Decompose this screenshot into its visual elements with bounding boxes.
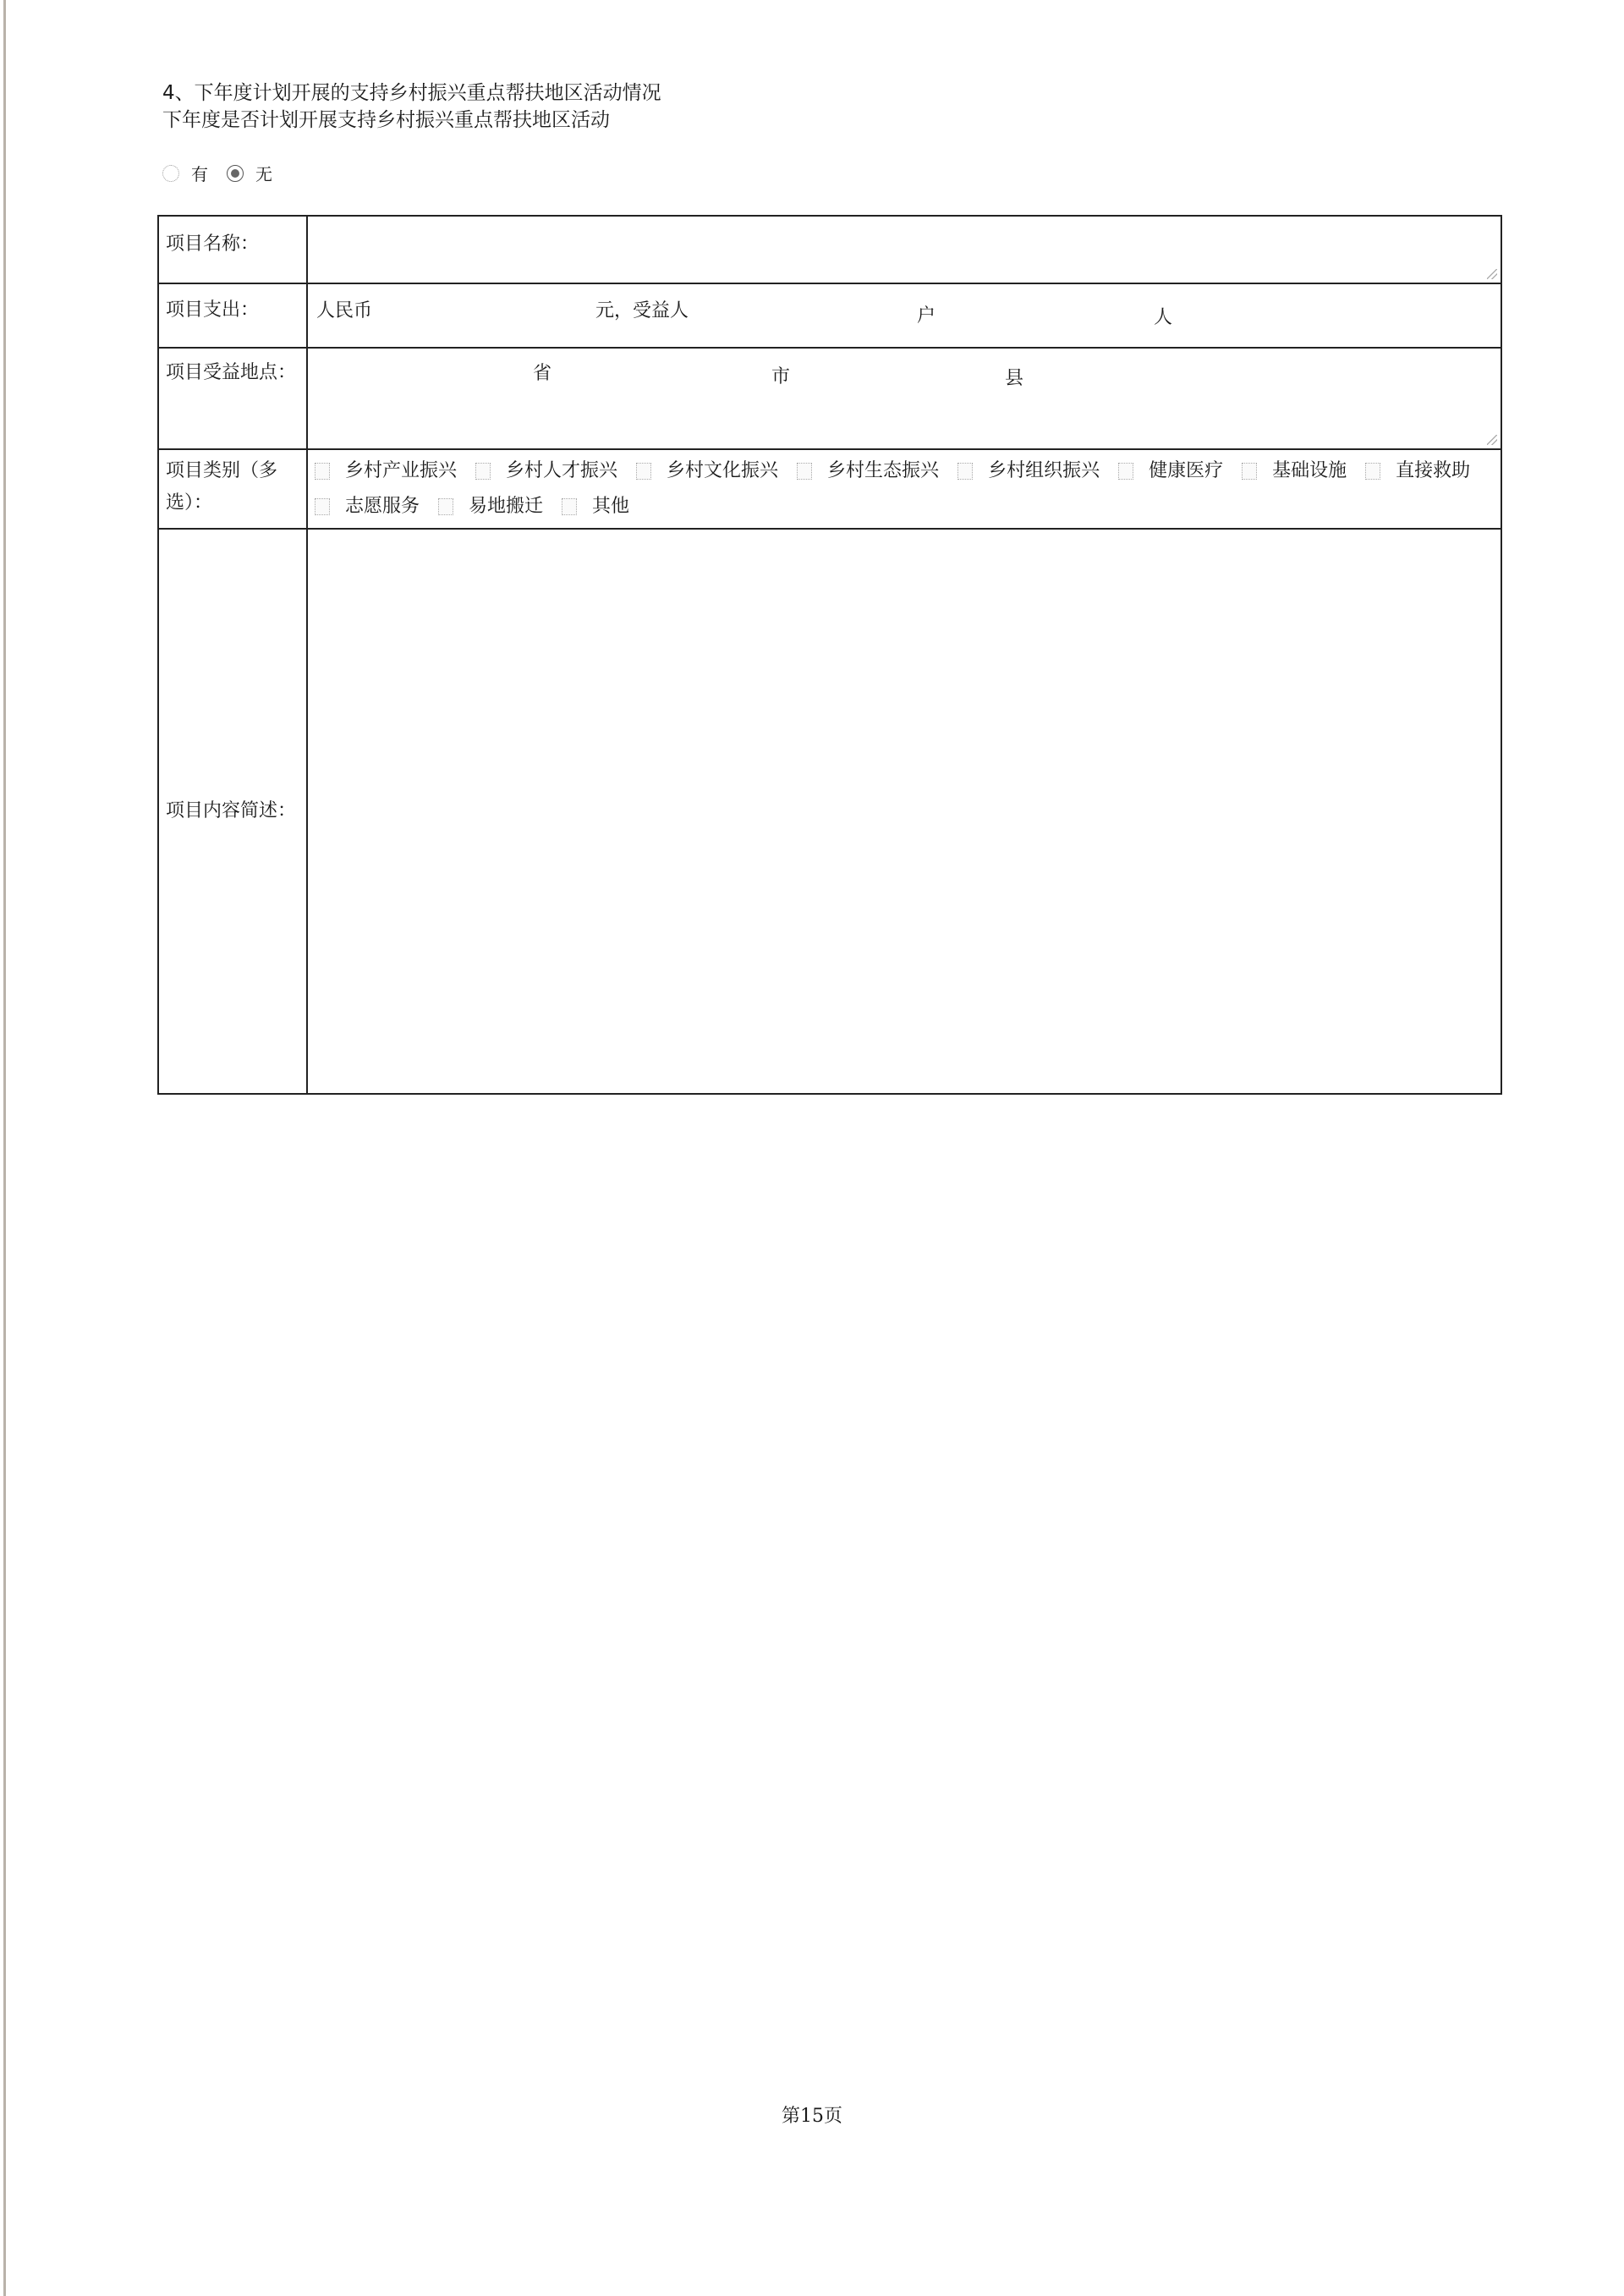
category-option-label: 乡村人才振兴 bbox=[506, 455, 617, 487]
category-option-label: 易地搬迁 bbox=[469, 491, 543, 523]
project-expense-field: 人民币 元，受益人 户 人 bbox=[307, 283, 1501, 348]
scan-page-edge bbox=[3, 0, 6, 2296]
category-option[interactable]: 乡村产业振兴 bbox=[315, 455, 457, 487]
category-option-label: 其他 bbox=[592, 491, 629, 523]
project-expense-label: 项目支出： bbox=[158, 283, 307, 348]
checkbox-icon[interactable] bbox=[636, 463, 651, 480]
category-option-label: 志愿服务 bbox=[345, 491, 420, 523]
category-option-label: 乡村组织振兴 bbox=[988, 455, 1100, 487]
city-label: 市 bbox=[771, 362, 790, 388]
households-unit-label: 户 bbox=[917, 301, 935, 327]
checkbox-icon[interactable] bbox=[475, 463, 491, 480]
category-option[interactable]: 基础设施 bbox=[1242, 455, 1347, 487]
project-location-label: 项目受益地点： bbox=[158, 348, 307, 449]
project-category-field: 乡村产业振兴乡村人才振兴乡村文化振兴乡村生态振兴乡村组织振兴健康医疗基础设施直接… bbox=[307, 449, 1501, 529]
row-project-description: 项目内容简述： bbox=[158, 529, 1501, 1094]
row-project-expense: 项目支出： 人民币 元，受益人 户 人 bbox=[158, 283, 1501, 348]
category-option-label: 乡村文化振兴 bbox=[667, 455, 778, 487]
project-name-input[interactable] bbox=[307, 216, 1501, 283]
category-option-label: 基础设施 bbox=[1272, 455, 1347, 487]
section-heading: 4、下年度计划开展的支持乡村振兴重点帮扶地区活动情况 下年度是否计划开展支持乡村… bbox=[162, 80, 661, 134]
row-project-location: 项目受益地点： 省 市 县 bbox=[158, 348, 1501, 449]
resize-handle-icon[interactable] bbox=[1487, 269, 1497, 279]
checkbox-icon[interactable] bbox=[315, 498, 330, 515]
checkbox-icon[interactable] bbox=[438, 498, 453, 515]
page-number: 第15页 bbox=[0, 2101, 1624, 2128]
currency-label: 人民币 bbox=[316, 296, 372, 322]
checkbox-icon[interactable] bbox=[1118, 463, 1133, 480]
project-form-table: 项目名称： 项目支出： 人民币 元，受益人 户 人 项目受益地点： 省 市 县 … bbox=[157, 215, 1502, 1095]
project-name-label: 项目名称： bbox=[158, 216, 307, 283]
category-option[interactable]: 乡村文化振兴 bbox=[636, 455, 778, 487]
radio-no-label: 无 bbox=[255, 161, 272, 185]
category-option[interactable]: 乡村组织振兴 bbox=[957, 455, 1100, 487]
people-input[interactable] bbox=[951, 296, 1137, 321]
category-option-label: 健康医疗 bbox=[1149, 455, 1223, 487]
checkbox-icon[interactable] bbox=[797, 463, 812, 480]
row-project-category: 项目类别（多选）： 乡村产业振兴乡村人才振兴乡村文化振兴乡村生态振兴乡村组织振兴… bbox=[158, 449, 1501, 529]
category-option-label: 乡村生态振兴 bbox=[827, 455, 939, 487]
yuan-beneficiary-label: 元，受益人 bbox=[595, 296, 689, 322]
people-unit-label: 人 bbox=[1154, 303, 1172, 329]
households-input[interactable] bbox=[722, 296, 866, 321]
category-option[interactable]: 易地搬迁 bbox=[438, 491, 543, 523]
category-option-label: 乡村产业振兴 bbox=[345, 455, 457, 487]
plan-radio-group: 有 无 bbox=[162, 161, 291, 185]
section-question: 下年度是否计划开展支持乡村振兴重点帮扶地区活动 bbox=[162, 107, 661, 134]
project-description-label: 项目内容简述： bbox=[158, 529, 307, 1094]
category-option[interactable]: 志愿服务 bbox=[315, 491, 420, 523]
category-option[interactable]: 健康医疗 bbox=[1118, 455, 1223, 487]
radio-circle-icon[interactable] bbox=[162, 165, 179, 182]
category-option-label: 直接救助 bbox=[1396, 455, 1470, 487]
section-title: 4、下年度计划开展的支持乡村振兴重点帮扶地区活动情况 bbox=[162, 80, 661, 107]
category-option[interactable]: 直接救助 bbox=[1365, 455, 1470, 487]
province-label: 省 bbox=[533, 359, 551, 385]
checkbox-icon[interactable] bbox=[315, 463, 330, 480]
checkbox-icon[interactable] bbox=[1242, 463, 1257, 480]
category-option[interactable]: 其他 bbox=[562, 491, 629, 523]
county-label: 县 bbox=[1005, 364, 1023, 390]
project-description-input[interactable] bbox=[307, 529, 1501, 1094]
project-category-label: 项目类别（多选）： bbox=[158, 449, 307, 529]
project-location-field[interactable]: 省 市 县 bbox=[307, 348, 1501, 449]
radio-no[interactable]: 无 bbox=[227, 161, 272, 185]
checkbox-icon[interactable] bbox=[957, 463, 973, 480]
checkbox-icon[interactable] bbox=[562, 498, 577, 515]
radio-circle-checked-icon[interactable] bbox=[227, 165, 244, 182]
resize-handle-icon[interactable] bbox=[1487, 435, 1497, 445]
row-project-name: 项目名称： bbox=[158, 216, 1501, 283]
category-option[interactable]: 乡村生态振兴 bbox=[797, 455, 939, 487]
category-option[interactable]: 乡村人才振兴 bbox=[475, 455, 617, 487]
category-checkbox-list: 乡村产业振兴乡村人才振兴乡村文化振兴乡村生态振兴乡村组织振兴健康医疗基础设施直接… bbox=[308, 450, 1501, 526]
checkbox-icon[interactable] bbox=[1365, 463, 1380, 480]
radio-yes[interactable]: 有 bbox=[162, 161, 208, 185]
radio-yes-label: 有 bbox=[191, 161, 208, 185]
